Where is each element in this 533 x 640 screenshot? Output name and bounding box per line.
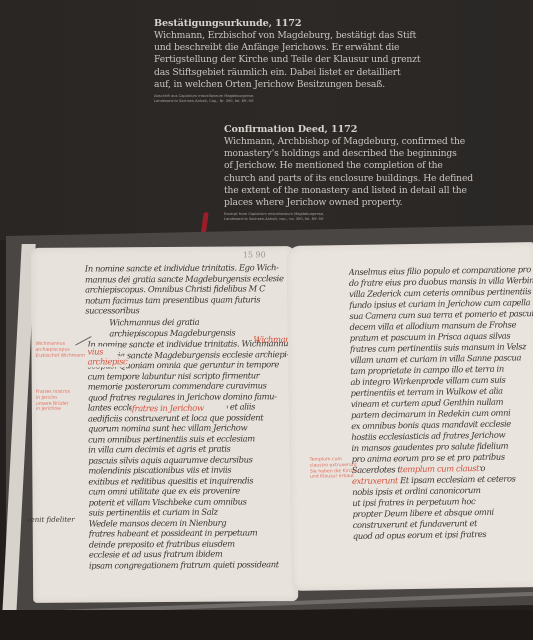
red-phrase-templum: templum cum claustro [400,463,480,475]
exhibition-panel: Bestätigungsurkunde, 1172 Wichmann, Erzb… [0,0,533,240]
red-phrase-archiepisc: archiepisc [88,356,128,367]
floor-shadow [0,610,533,640]
label-german: Bestätigungsurkunde, 1172 Wichmann, Erzb… [154,18,444,104]
annotation-templum: Templum cum claustro extruxerunt Sie hab… [310,457,357,481]
signature-script: Wichmannus dei gratia archiepiscopus Mag… [109,316,249,338]
heading-script: In nomine sancte et individue trinitatis… [85,262,285,316]
label-english-title: Confirmation Deed, 1172 [224,124,529,136]
label-english-source: Excerpt from Copiarium miscellaneum Magd… [224,212,529,222]
manuscript-left-page: 15 90 In nomine sancte et individue trin… [31,246,298,603]
label-german-source: Abschrift aus Copiarium miscellaneum Mag… [154,94,444,104]
body-script: In nomine sancte et individue trinitatis… [87,338,294,570]
label-german-body: Wichmann, Erzbischof von Magdeburg, best… [154,30,444,91]
red-phrase-fratres: fratres in Jerichow [132,403,227,414]
red-phrase-extruxerunt: extruxerunt [352,475,400,486]
right-body-script: Anselmus eius filio populo et comparatio… [349,264,533,542]
label-english: Confirmation Deed, 1172 Wichmann, Archbi… [224,124,529,222]
label-german-title: Bestätigungsurkunde, 1172 [154,18,444,30]
annotation-fratres: Fratres nostros in Jericho unsere Brüder… [36,390,70,413]
label-english-body: Wichmann, Archbishop of Magdeburg, confi… [224,136,529,209]
margin-note: venit fideliter [27,516,75,524]
folio-number: 15 90 [243,250,266,259]
manuscript-right-page: Anselmus eius filio populo et comparatio… [286,242,533,591]
